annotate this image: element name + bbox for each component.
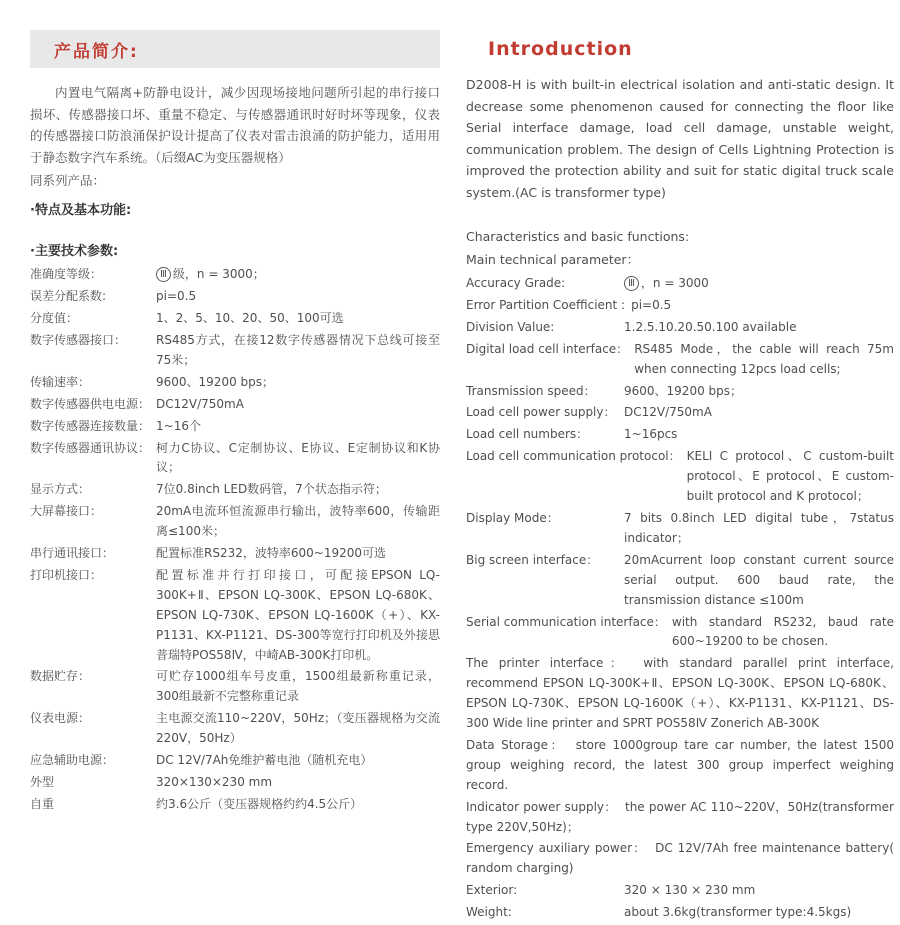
cn-spec-value: DC12V/750mA	[156, 395, 440, 415]
en-spec-value: 1.2.5.10.20.50.100 available	[624, 318, 894, 338]
manual-page: 产品简介: 内置电气隔离+防静电设计，减少因现场接地问题所引起的串行接口损坏、传…	[0, 0, 900, 925]
en-spec-value-text: 7 bits 0.8inch LED digital tube，7status …	[624, 511, 894, 545]
cn-spec-value-text: 1~16个	[156, 419, 201, 433]
cn-spec-row: 数字传感器供电电源： DC12V/750mA	[30, 395, 440, 415]
en-spec-value: 20mAcurrent loop constant current source…	[624, 551, 894, 611]
cn-spec-row: 传输速率： 9600、19200 bps；	[30, 373, 440, 393]
cn-title-bar: 产品简介:	[30, 30, 440, 68]
cn-spec-value: 可贮存1000组车号皮重，1500组最新称重记录，300组最新不完整称重记录	[156, 667, 440, 707]
en-spec-row: Error Partition Coefficient : pi=0.5	[466, 296, 894, 316]
accuracy-class-circle: Ⅲ	[156, 267, 171, 282]
cn-spec-value-text: 9600、19200 bps；	[156, 375, 274, 389]
cn-spec-label: 外型	[30, 773, 156, 793]
en-params-heading: Main technical parameter：	[466, 250, 894, 268]
en-spec-label: Data Storage：	[466, 738, 569, 752]
cn-spec-value: 1、2、5、10、20、50、100可选	[156, 309, 440, 329]
en-spec-label: Load cell power supply：	[466, 403, 624, 423]
en-spec-row: Division Value: 1.2.5.10.20.50.100 avail…	[466, 318, 894, 338]
cn-spec-label: 数字传感器通讯协议：	[30, 439, 156, 479]
en-spec-label: Indicator power supply：	[466, 800, 621, 814]
cn-spec-value-text: 20mA电流环恒流源串行输出，波特率600，传输距离≤100米；	[156, 504, 440, 538]
en-spec-row: Load cell power supply： DC12V/750mA	[466, 403, 894, 423]
cn-spec-value: 1~16个	[156, 417, 440, 437]
cn-params-heading: ·主要技术参数:	[30, 240, 440, 259]
en-spec-row: Serial communication interface： with sta…	[466, 613, 894, 653]
cn-spec-value-text: pi=0.5	[156, 289, 196, 303]
cn-spec-label: 传输速率：	[30, 373, 156, 393]
cn-spec-value: Ⅲ级，n = 3000；	[156, 265, 440, 285]
cn-spec-value-text: 级，n = 3000；	[173, 267, 265, 281]
cn-spec-value: 约3.6公斤（变压器规格约约4.5公斤）	[156, 795, 440, 815]
en-spec-value-text: 1.2.5.10.20.50.100 available	[624, 320, 796, 334]
en-spec-label: Error Partition Coefficient :	[466, 296, 631, 316]
en-spec-row: Emergency auxiliary power： DC 12V/7Ah fr…	[466, 839, 894, 879]
en-spec-label: Digital load cell interface：	[466, 340, 634, 380]
english-column: Introduction D2008-H is with built-in el…	[466, 30, 894, 925]
cn-spec-value: 20mA电流环恒流源串行输出，波特率600，传输距离≤100米；	[156, 502, 440, 542]
cn-spec-row: 数字传感器连接数量： 1~16个	[30, 417, 440, 437]
cn-spec-value: 7位0.8inch LED数码管，7个状态指示符；	[156, 480, 440, 500]
en-spec-value-text: RS485 Mode，the cable will reach 75m when…	[634, 342, 894, 376]
en-spec-value: RS485 Mode，the cable will reach 75m when…	[634, 340, 894, 380]
cn-spec-label: 误差分配系数:	[30, 287, 156, 307]
cn-intro-paragraph: 内置电气隔离+防静电设计，减少因现场接地问题所引起的串行接口损坏、传感器接口坏、…	[30, 82, 440, 168]
en-spec-value: DC12V/750mA	[624, 403, 894, 423]
cn-page-title: 产品简介:	[54, 37, 139, 62]
cn-spec-label: 数字传感器供电电源：	[30, 395, 156, 415]
en-characteristics-heading: Characteristics and basic functions:	[466, 229, 894, 244]
cn-spec-value-text: 1、2、5、10、20、50、100可选	[156, 311, 344, 325]
cn-spec-row: 自重 约3.6公斤（变压器规格约约4.5公斤）	[30, 795, 440, 815]
en-spec-label: Division Value:	[466, 318, 624, 338]
cn-spec-value: 配置标准RS232，波特率600~19200可选	[156, 544, 440, 564]
cn-spec-value-text: RS485方式，在接12数字传感器情况下总线可接至75米；	[156, 333, 440, 367]
cn-spec-label: 分度值：	[30, 309, 156, 329]
cn-spec-value-text: 主电源交流110~220V，50Hz；（变压器规格为交流220V，50Hz）	[156, 711, 440, 745]
cn-spec-value: RS485方式，在接12数字传感器情况下总线可接至75米；	[156, 331, 440, 371]
cn-spec-value: 9600、19200 bps；	[156, 373, 440, 393]
cn-params-table: 准确度等级： Ⅲ级，n = 3000； 误差分配系数: pi=0.5 分度值： …	[30, 265, 440, 815]
cn-spec-value: DC 12V/7Ah免维护蓄电池（随机充电）	[156, 751, 440, 771]
en-spec-value-text: ，n = 3000	[641, 276, 709, 290]
cn-spec-value: 320×130×230 mm	[156, 773, 440, 793]
cn-spec-value-text: DC 12V/7Ah免维护蓄电池（随机充电）	[156, 753, 372, 767]
en-spec-value-text: about 3.6kg(transformer type:4.5kgs)	[624, 905, 851, 919]
en-spec-label: Weight:	[466, 903, 624, 923]
cn-spec-label: 数字传感器连接数量：	[30, 417, 156, 437]
en-spec-value: 9600、19200 bps；	[624, 382, 894, 402]
cn-spec-value: 主电源交流110~220V，50Hz；（变压器规格为交流220V，50Hz）	[156, 709, 440, 749]
en-spec-value: 1~16pcs	[624, 425, 894, 445]
cn-spec-label: 准确度等级：	[30, 265, 156, 285]
cn-spec-label: 数字传感器接口：	[30, 331, 156, 371]
cn-spec-value: 配置标准并行打印接口，可配接EPSON LQ-300K+Ⅱ、EPSON LQ-3…	[156, 566, 440, 666]
accuracy-class-circle: Ⅲ	[624, 276, 639, 291]
cn-spec-value: pi=0.5	[156, 287, 440, 307]
en-spec-row: Accuracy Grade: Ⅲ，n = 3000	[466, 274, 894, 294]
cn-spec-row: 串行通讯接口： 配置标准RS232，波特率600~19200可选	[30, 544, 440, 564]
cn-spec-row: 应急辅助电源： DC 12V/7Ah免维护蓄电池（随机充电）	[30, 751, 440, 771]
en-spec-value-text: 1~16pcs	[624, 427, 677, 441]
en-spec-value-text: 9600、19200 bps；	[624, 384, 742, 398]
cn-spec-label: 显示方式：	[30, 480, 156, 500]
en-spec-row: Load cell communication protocol： KELI C…	[466, 447, 894, 507]
cn-spec-label: 自重	[30, 795, 156, 815]
en-spec-value: KELI C protocol、C custom-built protocol、…	[687, 447, 894, 507]
en-spec-row: Transmission speed： 9600、19200 bps；	[466, 382, 894, 402]
cn-spec-value-text: 配置标准RS232，波特率600~19200可选	[156, 546, 386, 560]
en-page-title: Introduction	[466, 30, 894, 60]
chinese-column: 产品简介: 内置电气隔离+防静电设计，减少因现场接地问题所引起的串行接口损坏、传…	[30, 30, 440, 925]
en-spec-value: 7 bits 0.8inch LED digital tube，7status …	[624, 509, 894, 549]
en-spec-label: Display Mode：	[466, 509, 624, 549]
cn-spec-row: 数字传感器通讯协议： 柯力C协议、C定制协议、E协议、E定制协议和K协议；	[30, 439, 440, 479]
en-spec-value-text: 20mAcurrent loop constant current source…	[624, 553, 894, 607]
en-spec-label: Load cell numbers：	[466, 425, 624, 445]
en-spec-row: Load cell numbers： 1~16pcs	[466, 425, 894, 445]
cn-spec-label: 大屏幕接口：	[30, 502, 156, 542]
en-spec-row: Weight: about 3.6kg(transformer type:4.5…	[466, 903, 894, 923]
cn-spec-row: 显示方式： 7位0.8inch LED数码管，7个状态指示符；	[30, 480, 440, 500]
en-spec-row: The printer interface： with standard par…	[466, 654, 894, 734]
en-spec-row: Display Mode： 7 bits 0.8inch LED digital…	[466, 509, 894, 549]
en-spec-row: Big screen interface： 20mAcurrent loop c…	[466, 551, 894, 611]
cn-spec-label: 打印机接口：	[30, 566, 156, 666]
en-spec-label: The printer interface：	[466, 656, 633, 670]
en-spec-value-text: 320 × 130 × 230 mm	[624, 883, 755, 897]
cn-spec-value-text: DC12V/750mA	[156, 397, 244, 411]
cn-spec-value: 柯力C协议、C定制协议、E协议、E定制协议和K协议；	[156, 439, 440, 479]
cn-spec-row: 数据贮存： 可贮存1000组车号皮重，1500组最新称重记录，300组最新不完整…	[30, 667, 440, 707]
cn-spec-row: 分度值： 1、2、5、10、20、50、100可选	[30, 309, 440, 329]
en-spec-value: about 3.6kg(transformer type:4.5kgs)	[624, 903, 894, 923]
cn-spec-value-text: 柯力C协议、C定制协议、E协议、E定制协议和K协议；	[156, 441, 440, 475]
en-spec-row: Data Storage： store 1000group tare car n…	[466, 736, 894, 796]
cn-spec-row: 准确度等级： Ⅲ级，n = 3000；	[30, 265, 440, 285]
en-spec-row: Indicator power supply： the power AC 110…	[466, 798, 894, 838]
en-spec-value-text: DC12V/750mA	[624, 405, 712, 419]
en-spec-label: Load cell communication protocol：	[466, 447, 687, 507]
en-spec-value-text: with standard RS232, baud rate 600~19200…	[672, 615, 894, 649]
cn-spec-value-text: 320×130×230 mm	[156, 775, 272, 789]
cn-spec-value-text: 可贮存1000组车号皮重，1500组最新称重记录，300组最新不完整称重记录	[156, 669, 440, 703]
cn-spec-value-text: 7位0.8inch LED数码管，7个状态指示符；	[156, 482, 387, 496]
cn-spec-label: 应急辅助电源：	[30, 751, 156, 771]
en-spec-value: Ⅲ，n = 3000	[624, 274, 894, 294]
en-spec-value: 320 × 130 × 230 mm	[624, 881, 894, 901]
cn-series-label: 同系列产品：	[30, 170, 440, 191]
cn-spec-row: 误差分配系数: pi=0.5	[30, 287, 440, 307]
en-spec-label: Transmission speed：	[466, 382, 624, 402]
en-spec-label: Exterior:	[466, 881, 624, 901]
cn-spec-value-text: 约3.6公斤（变压器规格约约4.5公斤）	[156, 797, 362, 811]
en-intro-paragraph: D2008-H is with built-in electrical isol…	[466, 74, 894, 203]
en-spec-row: Digital load cell interface： RS485 Mode，…	[466, 340, 894, 380]
en-spec-value-text: KELI C protocol、C custom-built protocol、…	[687, 449, 894, 503]
en-spec-value-text: pi=0.5	[631, 298, 671, 312]
en-spec-value: with standard RS232, baud rate 600~19200…	[672, 613, 894, 653]
cn-features-heading: ·特点及基本功能:	[30, 199, 440, 218]
en-params-table: Accuracy Grade: Ⅲ，n = 3000 Error Partiti…	[466, 274, 894, 923]
cn-spec-row: 外型 320×130×230 mm	[30, 773, 440, 793]
cn-spec-value-text: 配置标准并行打印接口，可配接EPSON LQ-300K+Ⅱ、EPSON LQ-3…	[156, 568, 440, 662]
en-spec-label: Serial communication interface：	[466, 613, 672, 653]
cn-spec-row: 大屏幕接口： 20mA电流环恒流源串行输出，波特率600，传输距离≤100米；	[30, 502, 440, 542]
cn-spec-label: 串行通讯接口：	[30, 544, 156, 564]
en-spec-label: Big screen interface：	[466, 551, 624, 611]
en-spec-value: pi=0.5	[631, 296, 894, 316]
en-spec-label: Emergency auxiliary power：	[466, 841, 650, 855]
cn-spec-row: 打印机接口： 配置标准并行打印接口，可配接EPSON LQ-300K+Ⅱ、EPS…	[30, 566, 440, 666]
cn-spec-label: 仪表电源：	[30, 709, 156, 749]
cn-spec-row: 仪表电源： 主电源交流110~220V，50Hz；（变压器规格为交流220V，5…	[30, 709, 440, 749]
en-spec-row: Exterior: 320 × 130 × 230 mm	[466, 881, 894, 901]
cn-spec-label: 数据贮存：	[30, 667, 156, 707]
cn-spec-row: 数字传感器接口： RS485方式，在接12数字传感器情况下总线可接至75米；	[30, 331, 440, 371]
en-spec-label: Accuracy Grade:	[466, 274, 624, 294]
